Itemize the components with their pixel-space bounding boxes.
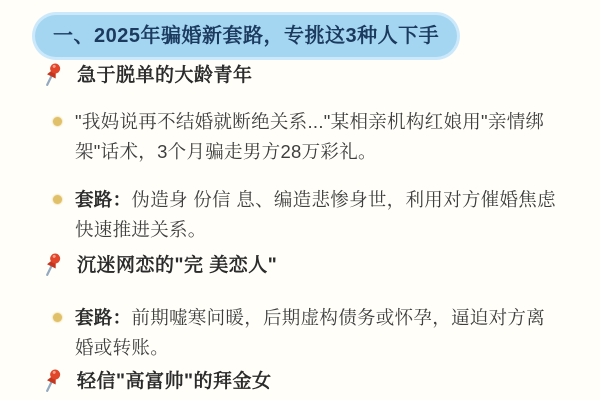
bullet-dot-icon [53,195,62,204]
subheading-gold-digger: 轻信"高富帅"的拜金女 [40,368,272,396]
bullet-text: 前期嘘寒问暖，后期虚构债务或怀孕，逼迫对方离 婚或转账。 [75,307,545,358]
subheading-label: 轻信"高富帅"的拜金女 [77,368,272,396]
pushpin-icon [40,252,64,280]
section-header-title: 一、2025年骗婚新套路，专挑这3种人下手 [53,25,439,47]
list-item-case: "我妈说再不结婚就断绝关系..."某相亲机构红娘用"亲情绑 架"话术，3个月骗走… [0,107,600,167]
article-page: 一、2025年骗婚新套路，专挑这3种人下手 急于脱单的大龄青年 "我妈说再不结婚… [0,0,600,400]
subheading-urgent-singles: 急于脱单的大龄青年 [40,62,253,90]
pushpin-icon [40,368,64,396]
bullet-label: 套路： [75,189,131,210]
subheading-label: 急于脱单的大龄青年 [77,62,253,90]
bullet-label: 套路： [75,307,131,328]
bullet-text: 伪造身 份信 息、编造悲惨身世，利用对方催婚焦虑 快速推进关系。 [75,189,556,240]
section-header-badge: 一、2025年骗婚新套路，专挑这3种人下手 [35,15,457,57]
bullet-dot-icon [53,313,62,322]
list-item-tactic: 套路：前期嘘寒问暖，后期虚构债务或怀孕，逼迫对方离 婚或转账。 [0,303,600,363]
bullet-text: "我妈说再不结婚就断绝关系..."某相亲机构红娘用"亲情绑 架"话术，3个月骗走… [75,111,544,162]
subheading-label: 沉迷网恋的"完 美恋人" [77,252,277,280]
subheading-online-romance: 沉迷网恋的"完 美恋人" [40,252,277,280]
list-item-tactic: 套路：伪造身 份信 息、编造悲惨身世，利用对方催婚焦虑 快速推进关系。 [0,185,600,245]
pushpin-icon [40,62,64,90]
bullet-dot-icon [53,117,62,126]
